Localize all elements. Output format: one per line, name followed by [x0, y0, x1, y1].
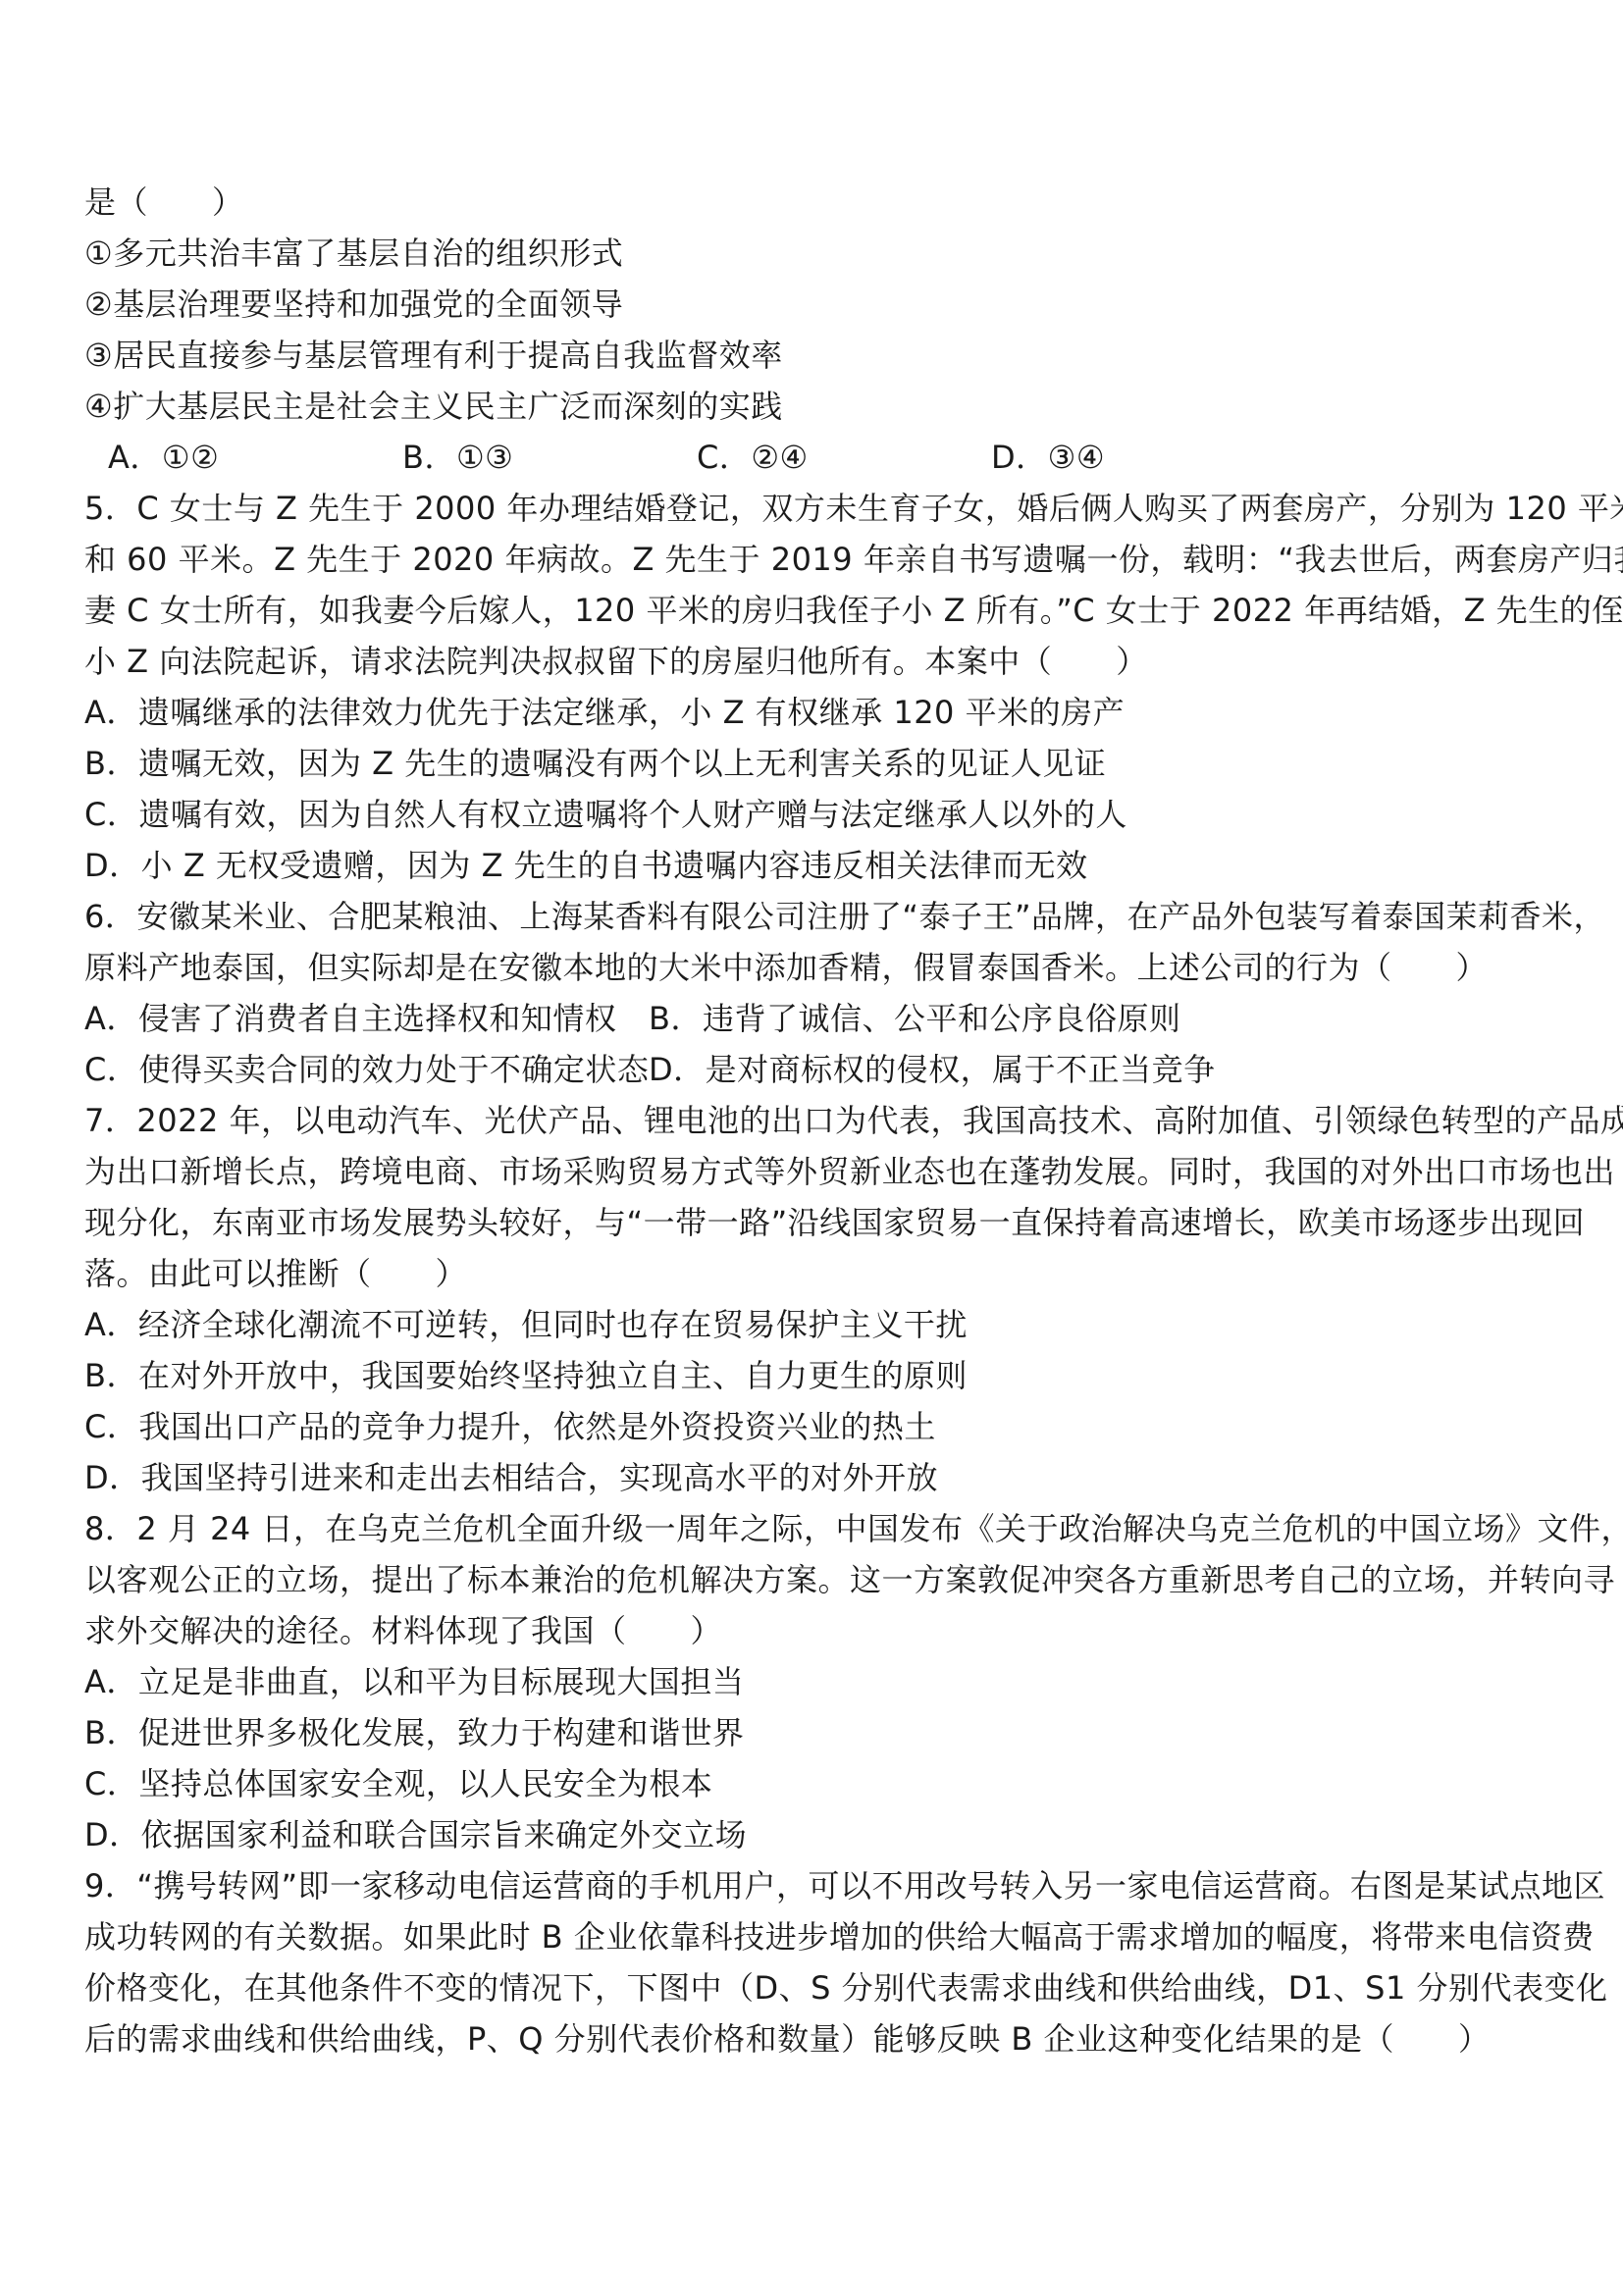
q7-stem-line-2: 为出口新增长点，跨境电商、市场采购贸易方式等外贸新业态也在蓬勃发展。同时，我国的… [84, 1146, 1556, 1197]
q6-option-b: B．违背了诚信、公平和公序良俗原则 [649, 1000, 1180, 1037]
q5-option-a: A．遗嘱继承的法律效力优先于法定继承，小 Z 有权继承 120 平米的房产 [84, 687, 1556, 738]
q6-option-d: D．是对商标权的侵权，属于不正当竞争 [649, 1051, 1216, 1088]
q6-stem-line-1: 6．安徽某米业、合肥某粮油、上海某香料有限公司注册了“泰子王”品牌，在产品外包装… [84, 891, 1556, 942]
q7-option-b: B．在对外开放中，我国要始终坚持独立自主、自力更生的原则 [84, 1350, 1556, 1401]
q8-stem-line-1: 8．2 月 24 日，在乌克兰危机全面升级一周年之际，中国发布《关于政治解决乌克… [84, 1503, 1556, 1554]
q8-option-b: B．促进世界多极化发展，致力于构建和谐世界 [84, 1707, 1556, 1758]
q6-options-row-2: C．使得买卖合同的效力处于不确定状态D．是对商标权的侵权，属于不正当竞争 [84, 1044, 1556, 1095]
exam-page: 是（ ） ①多元共治丰富了基层自治的组织形式 ②基层治理要坚持和加强党的全面领导… [0, 0, 1623, 2296]
q7-stem-line-4: 落。由此可以推断（ ） [84, 1248, 1556, 1299]
q6-options-row-1: A．侵害了消费者自主选择权和知情权B．违背了诚信、公平和公序良俗原则 [84, 993, 1556, 1044]
q5-stem-line-1: 5．C 女士与 Z 先生于 2000 年办理结婚登记，双方未生育子女，婚后俩人购… [84, 483, 1556, 534]
q8-option-a: A．立足是非曲直，以和平为目标展现大国担当 [84, 1656, 1556, 1707]
q8-stem-line-3: 求外交解决的途径。材料体现了我国（ ） [84, 1605, 1556, 1656]
q9-stem-line-3: 价格变化，在其他条件不变的情况下，下图中（D、S 分别代表需求曲线和供给曲线，D… [84, 1962, 1556, 2013]
q7-option-d: D．我国坚持引进来和走出去相结合，实现高水平的对外开放 [84, 1452, 1556, 1503]
q9-stem-line-2: 成功转网的有关数据。如果此时 B 企业依靠科技进步增加的供给大幅高于需求增加的幅… [84, 1911, 1556, 1962]
q5-option-b: B．遗嘱无效，因为 Z 先生的遗嘱没有两个以上无利害关系的见证人见证 [84, 738, 1556, 789]
q9-stem-line-1: 9．“携号转网”即一家移动电信运营商的手机用户，可以不用改号转入另一家电信运营商… [84, 1860, 1556, 1911]
q5-option-d: D．小 Z 无权受遗赠，因为 Z 先生的自书遗嘱内容违反相关法律而无效 [84, 840, 1556, 891]
q6-option-c: C．使得买卖合同的效力处于不确定状态 [84, 1044, 649, 1095]
q4-option-a: A．①② [108, 432, 402, 483]
q8-option-d: D．依据国家利益和联合国宗旨来确定外交立场 [84, 1809, 1556, 1860]
q5-stem-line-4: 小 Z 向法院起诉，请求法院判决叔叔留下的房屋归他所有。本案中（ ） [84, 636, 1556, 687]
q5-stem-line-3: 妻 C 女士所有，如我妻今后嫁人，120 平米的房归我侄子小 Z 所有。”C 女… [84, 585, 1556, 636]
q4-item-2: ②基层治理要坚持和加强党的全面领导 [84, 279, 1556, 330]
q4-option-c: C．②④ [697, 432, 991, 483]
q4-options-row: A．①②B．①③C．②④D．③④ [84, 432, 1556, 483]
exam-text-block: 是（ ） ①多元共治丰富了基层自治的组织形式 ②基层治理要坚持和加强党的全面领导… [84, 177, 1556, 2064]
q5-option-c: C．遗嘱有效，因为自然人有权立遗嘱将个人财产赠与法定继承人以外的人 [84, 789, 1556, 840]
q7-option-c: C．我国出口产品的竞争力提升，依然是外资投资兴业的热土 [84, 1401, 1556, 1452]
q8-stem-line-2: 以客观公正的立场，提出了标本兼治的危机解决方案。这一方案敦促冲突各方重新思考自己… [84, 1554, 1556, 1605]
q4-item-1: ①多元共治丰富了基层自治的组织形式 [84, 228, 1556, 279]
q4-option-b: B．①③ [402, 432, 697, 483]
q7-option-a: A．经济全球化潮流不可逆转，但同时也存在贸易保护主义干扰 [84, 1299, 1556, 1350]
q8-option-c: C．坚持总体国家安全观，以人民安全为根本 [84, 1758, 1556, 1809]
q7-stem-line-1: 7．2022 年，以电动汽车、光伏产品、锂电池的出口为代表，我国高技术、高附加值… [84, 1095, 1556, 1146]
q4-item-4: ④扩大基层民主是社会主义民主广泛而深刻的实践 [84, 381, 1556, 432]
q5-stem-line-2: 和 60 平米。Z 先生于 2020 年病故。Z 先生于 2019 年亲自书写遗… [84, 534, 1556, 585]
q4-option-d: D．③④ [991, 432, 1105, 483]
q4-stem-close-line: 是（ ） [84, 177, 1556, 228]
q9-stem-line-4: 后的需求曲线和供给曲线，P、Q 分别代表价格和数量）能够反映 B 企业这种变化结… [84, 2013, 1556, 2064]
q7-stem-line-3: 现分化，东南亚市场发展势头较好，与“一带一路”沿线国家贸易一直保持着高速增长，欧… [84, 1197, 1556, 1248]
q6-stem-line-2: 原料产地泰国，但实际却是在安徽本地的大米中添加香精，假冒泰国香米。上述公司的行为… [84, 942, 1556, 993]
q4-item-3: ③居民直接参与基层管理有利于提高自我监督效率 [84, 330, 1556, 381]
q6-option-a: A．侵害了消费者自主选择权和知情权 [84, 993, 649, 1044]
